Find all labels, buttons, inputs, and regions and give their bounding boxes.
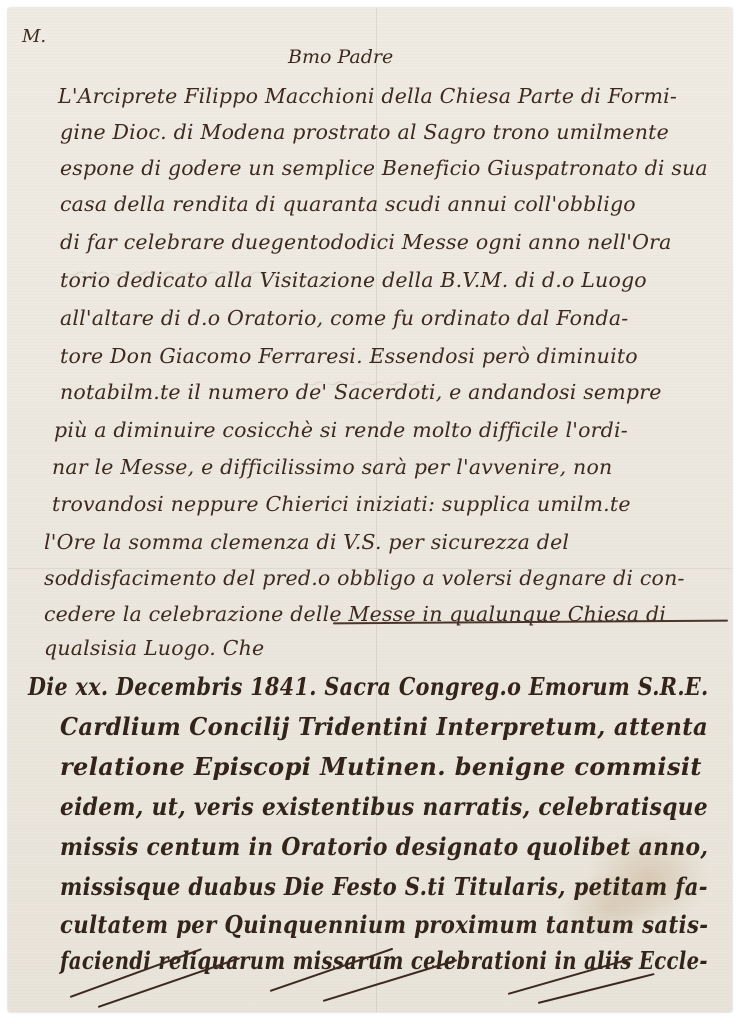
petition-line: notabilm.te il numero de' Sacerdoti, e a… <box>60 380 662 404</box>
rescript-line: Cardlium Concilij Tridentini Interpretum… <box>60 712 708 741</box>
rescript-line: eidem, ut, veris existentibus narratis, … <box>60 792 708 821</box>
petition-line: casa della rendita di quaranta scudi ann… <box>60 192 636 216</box>
rescript-line: relatione Episcopi Mutinen. benigne comm… <box>60 752 702 781</box>
petition-line: qualsisia Luogo. Che <box>44 636 264 660</box>
salutation-heading: Bmo Padre <box>288 46 393 68</box>
petition-line: nar le Messe, e difficilissimo sarà per … <box>52 455 612 479</box>
corner-mark: M. <box>22 26 46 47</box>
petition-line: L'Arciprete Filippo Macchioni della Chie… <box>58 84 677 108</box>
pen-flourish <box>538 973 655 1004</box>
rescript-line: missisque duabus Die Festo S.ti Titulari… <box>60 872 708 901</box>
petition-line: gine Dioc. di Modena prostrato al Sagro … <box>60 120 669 144</box>
petition-line: di far celebrare duegentododici Messe og… <box>60 230 672 254</box>
rescript-line: cultatem per Quinquennium proximum tantu… <box>60 910 708 939</box>
rescript-line: missis centum in Oratorio designato quol… <box>60 832 708 861</box>
petition-line: tore Don Giacomo Ferraresi. Essendosi pe… <box>60 344 638 368</box>
petition-line: espone di godere un semplice Beneficio G… <box>60 156 708 180</box>
petition-line: l'Ore la somma clemenza di V.S. per sicu… <box>44 530 569 554</box>
petition-line: torio dedicato alla Visitazione della B.… <box>60 268 647 292</box>
petition-line: all'altare di d.o Oratorio, come fu ordi… <box>60 306 628 330</box>
petition-line: soddisfacimento del pred.o obbligo a vol… <box>44 566 685 590</box>
petition-line: più a diminuire cosicchè si rende molto … <box>54 418 628 442</box>
manuscript-page: ～～～～～～～～～ ～～～～～～ M. Bmo Padre L'Arcipret… <box>8 8 732 1012</box>
rescript-line: Die xx. Decembris 1841. Sacra Congreg.o … <box>28 672 709 701</box>
petition-line: trovandosi neppure Chierici iniziati: su… <box>52 492 631 516</box>
